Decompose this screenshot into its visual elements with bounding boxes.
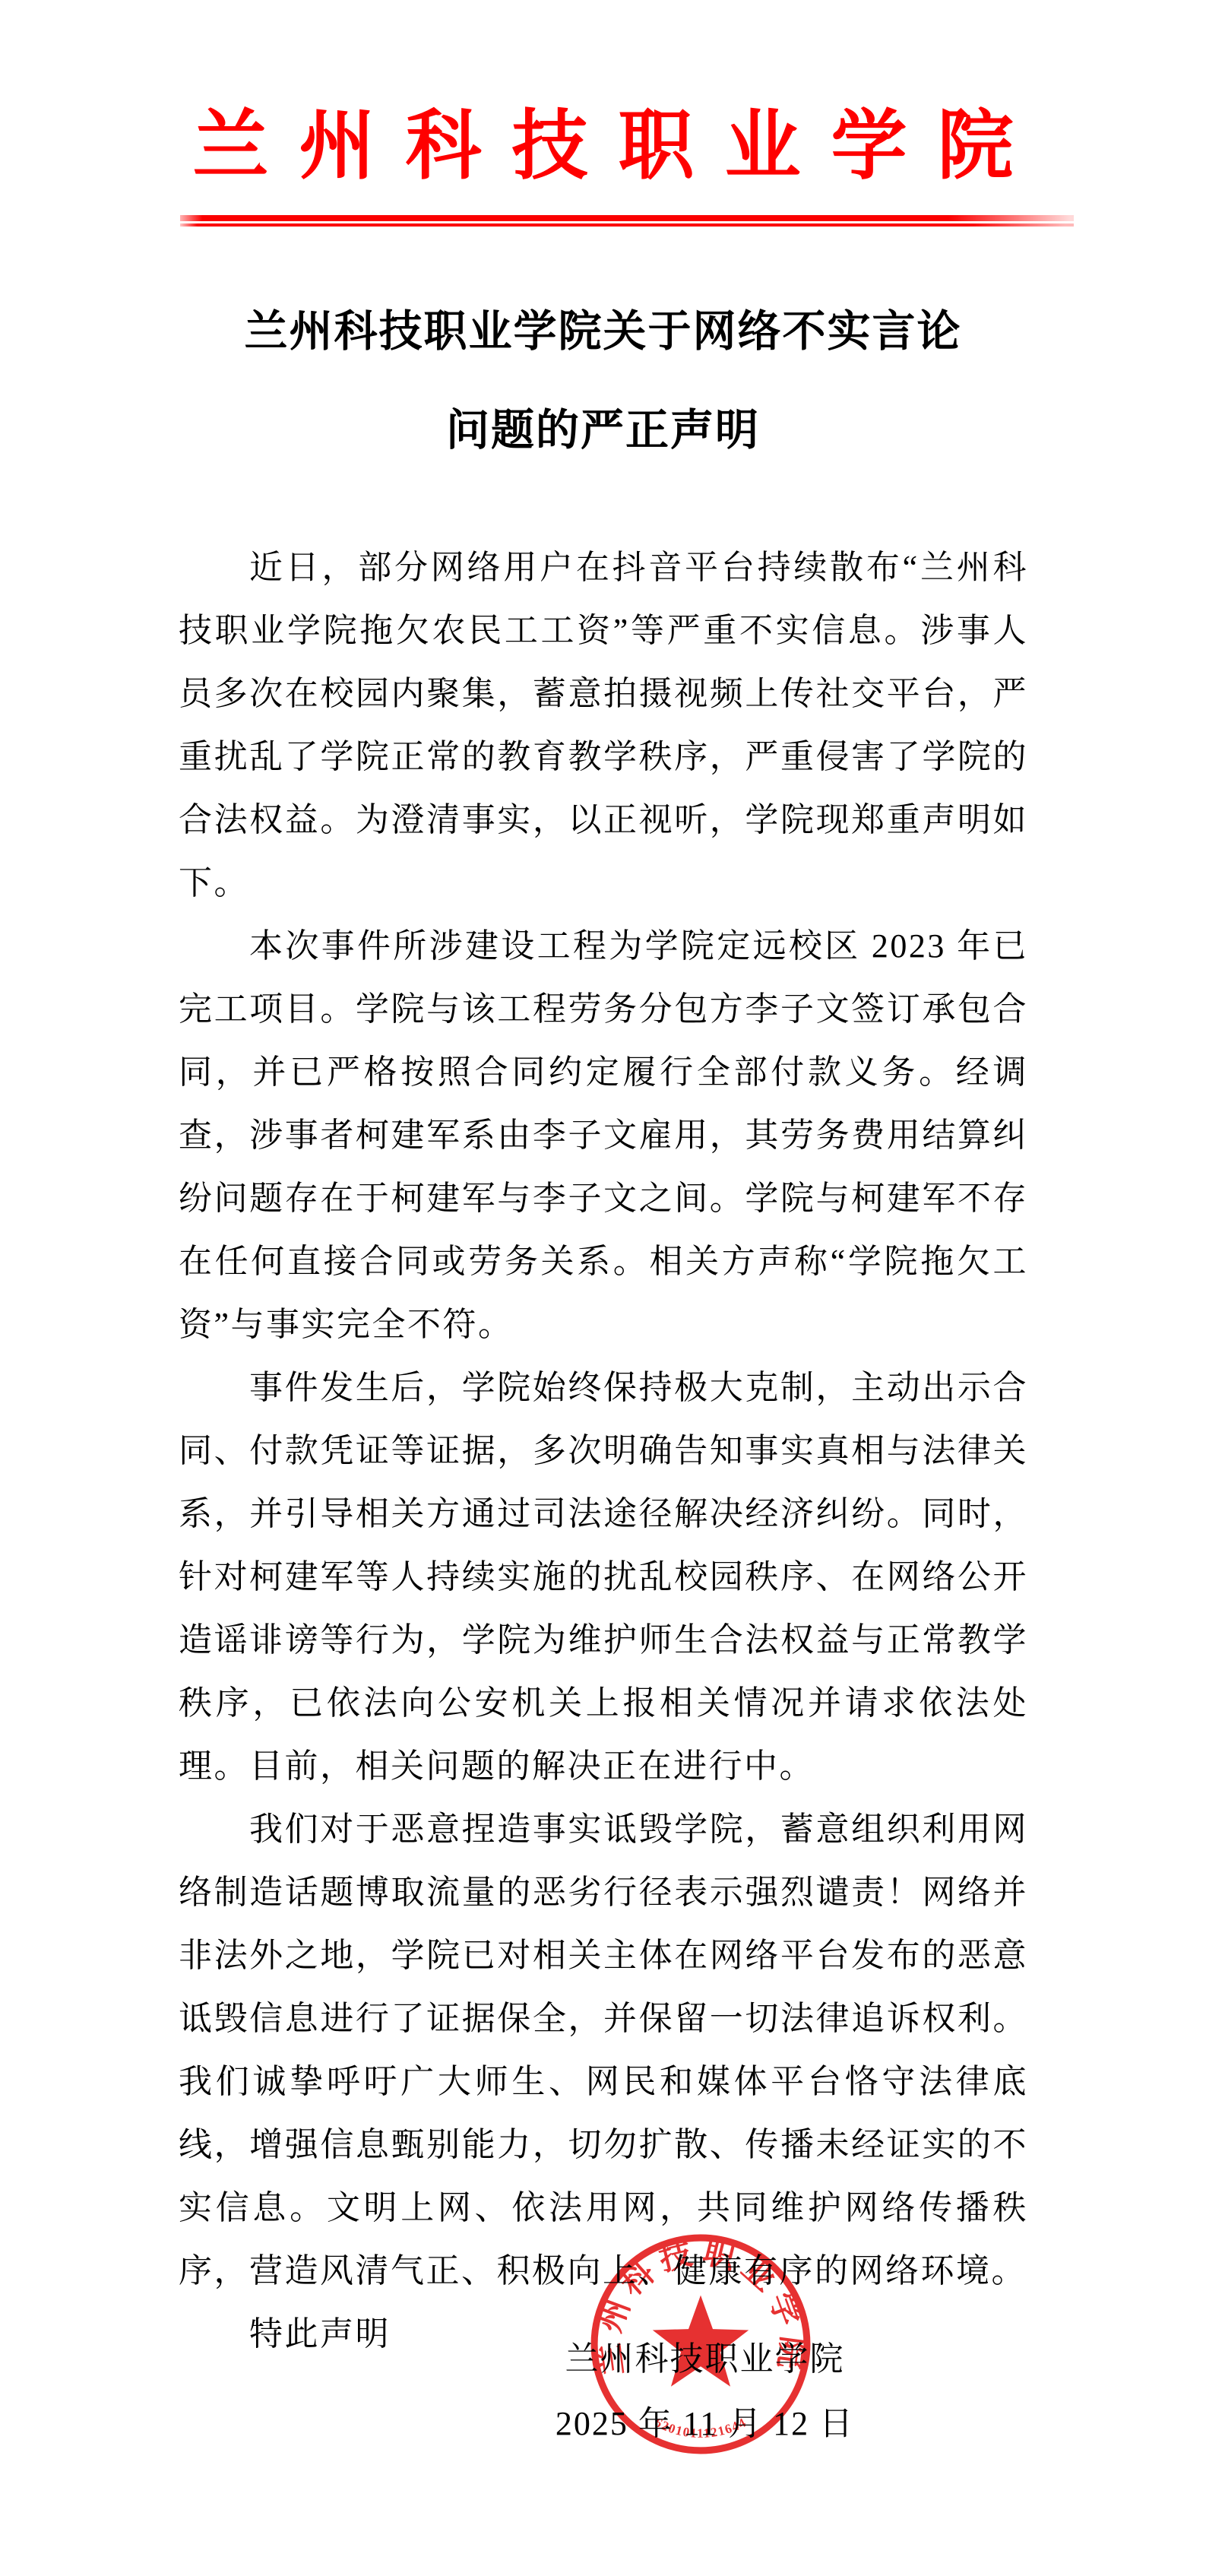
paragraph-facts: 本次事件所涉建设工程为学院定远校区 2023 年已完工项目。学院与该工程劳务分包… xyxy=(179,914,1028,1356)
letterhead-org-name: 兰州科技职业学院 xyxy=(0,90,1206,204)
document-title: 兰州科技职业学院关于网络不实言论 问题的严正声明 xyxy=(0,283,1206,480)
svg-text:6201011121644: 6201011121644 xyxy=(652,2415,749,2441)
rule-thin-line xyxy=(180,223,1074,227)
official-seal-stamp: 兰州科技职业学院 6201011121644 xyxy=(586,2229,815,2459)
letterhead-double-rule xyxy=(180,215,1074,227)
paragraph-condemnation: 我们对于恶意捏造事实诋毁学院，蓄意组织利用网络制造话题博取流量的恶劣行径表示强烈… xyxy=(179,1798,1028,2302)
star-icon xyxy=(653,2296,749,2387)
paragraph-intro: 近日，部分网络用户在抖音平台持续散布“兰州科技职业学院拖欠农民工工资”等严重不实… xyxy=(179,536,1028,914)
paragraph-actions: 事件发生后，学院始终保持极大克制，主动出示合同、付款凭证等证据，多次明确告知事实… xyxy=(179,1356,1028,1798)
seal-serial-number: 6201011121644 xyxy=(652,2415,749,2441)
rule-thick-line xyxy=(180,215,1074,221)
document-title-line1: 兰州科技职业学院关于网络不实言论 xyxy=(0,283,1206,382)
statement-document-page: 兰州科技职业学院 兰州科技职业学院关于网络不实言论 问题的严正声明 近日，部分网… xyxy=(0,0,1206,2576)
document-title-line2: 问题的严正声明 xyxy=(0,382,1206,480)
statement-body: 近日，部分网络用户在抖音平台持续散布“兰州科技职业学院拖欠农民工工资”等严重不实… xyxy=(179,536,1028,2365)
